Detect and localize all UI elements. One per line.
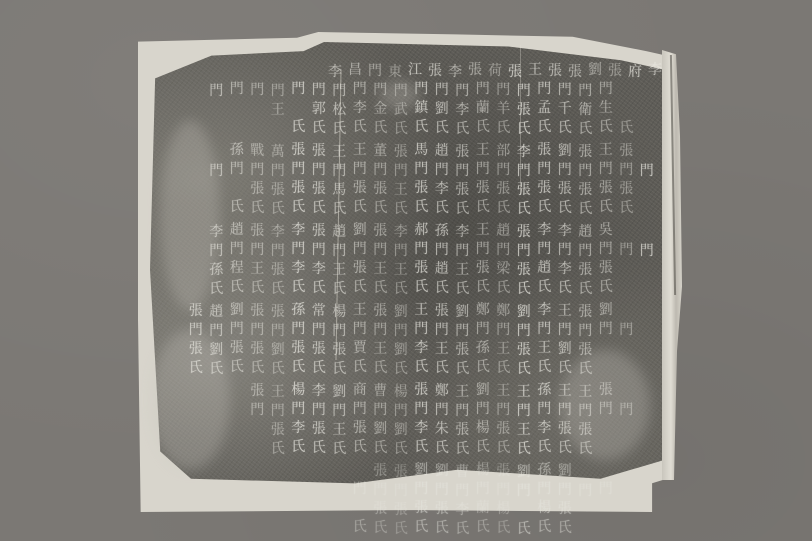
carved-character [227,419,248,438]
surname-row: 張王楊李劉商曹楊張鄭王劉王王孫王王張 [165,382,665,401]
carved-character: 張 [452,341,473,360]
carved-character: 氏 [555,279,576,298]
carved-character [165,221,186,240]
carved-character: 李 [309,382,330,401]
carved-character: 劉 [555,462,576,481]
carved-character: 董 [370,142,391,161]
carved-character: 氏 [432,519,453,538]
carved-character: 門 [288,240,309,259]
carved-character: 趙 [493,222,514,241]
carved-character [206,120,227,139]
carved-character: 門 [493,161,514,180]
carved-character: 門 [370,161,391,180]
inscription-block-5: 張王楊李劉商曹楊張鄭王劉王王孫王王張 門門門門門門門門門門門門門門門門門門門 張… [165,382,665,458]
carved-character: 鄭 [493,302,514,321]
carved-character: 門 [534,320,555,339]
carved-character: 氏 [555,119,576,138]
carved-character: 李 [645,61,665,80]
shi-row: 氏氏氏氏氏氏氏氏氏氏氏氏氏氏氏氏氏氏氏氏 [165,359,665,378]
carved-character: 孫 [534,381,555,400]
carved-character: 氏 [432,439,453,458]
carved-character: 王 [350,301,371,320]
carved-character: 門 [288,80,309,99]
given-name-row: 張劉張張劉張張張賈王劉李王張孫王張王劉張 [165,340,665,359]
carved-character: 劉 [329,383,350,402]
carved-character [186,382,207,401]
carved-character [165,259,186,278]
carved-character: 張 [247,382,268,401]
carved-character: 門 [432,321,453,340]
carved-character [165,400,186,419]
carved-character: 氏 [227,198,248,217]
carved-character: 孫 [288,301,309,320]
shi-row: 氏氏氏氏氏氏氏氏氏氏氏 [165,519,665,538]
carved-character: 氏 [186,359,207,378]
carved-character: 門 [206,82,227,101]
carved-character: 張 [350,259,371,278]
carved-character: 氏 [452,360,473,379]
carved-character: 氏 [616,119,637,138]
carved-character: 氏 [391,360,412,379]
given-name-row: 王郭松李金武鎮劉李蘭羊張孟千衛生 [165,100,665,119]
carved-character: 張 [534,179,555,198]
carved-character [329,520,350,539]
carved-character: 張 [605,62,625,81]
carved-character: 張 [411,179,432,198]
carved-character: 門 [370,481,391,500]
carved-character: 羊 [493,100,514,119]
carved-character: 劉 [391,341,412,360]
carved-character: 門 [411,480,432,499]
carved-character: 楊 [473,461,494,480]
carved-character: 劉 [206,341,227,360]
carved-character: 氏 [473,518,494,537]
carved-character: 王 [575,383,596,402]
carved-character: 門 [391,82,412,101]
carved-character: 張 [309,180,330,199]
carved-character: 劉 [452,303,473,322]
carved-character: 李 [432,180,453,199]
carved-character: 孫 [473,339,494,358]
carved-character [305,62,325,81]
carved-character: 氏 [514,520,535,539]
carved-character: 楊 [473,419,494,438]
carved-character: 門 [268,82,289,101]
carved-character: 張 [465,61,485,80]
carved-character: 王 [268,383,289,402]
carved-character: 楊 [493,500,514,519]
carved-character: 氏 [268,440,289,459]
carved-character [186,142,207,161]
carved-character [165,301,186,320]
carved-character: 氏 [370,199,391,218]
carved-character: 門 [452,82,473,101]
carved-character: 張 [452,181,473,200]
carved-character: 門 [329,162,350,181]
carved-character [350,499,371,518]
carved-character: 門 [514,402,535,421]
carved-character [247,420,268,439]
carved-character: 門 [596,160,617,179]
carved-character: 張 [329,341,350,360]
carved-character: 張 [411,381,432,400]
carved-character: 張 [391,501,412,520]
carved-character: 氏 [473,118,494,137]
carved-character: 門 [227,160,248,179]
carved-character: 門 [452,242,473,261]
inscription-block-1: 李昌門東江張李張荷張王張張劉張府李 門門門門門門門門門門門門門門門門門門門門 王… [165,62,665,138]
carved-character [186,100,207,119]
carved-character [309,462,330,481]
carved-character [247,100,268,119]
carved-character: 張 [493,420,514,439]
carved-character: 門 [555,401,576,420]
surname-row: 李趙張李李張趙劉張李郝孫李王趙張李李趙吳 [165,222,665,241]
carved-character [206,463,227,482]
carved-character: 氏 [534,198,555,217]
carved-character: 門 [288,320,309,339]
carved-character: 王 [391,261,412,280]
carved-character [268,520,289,539]
carved-character: 門 [329,242,350,261]
carved-character: 門 [555,81,576,100]
carved-character: 李 [452,223,473,242]
carved-character: 張 [288,141,309,160]
carved-character: 氏 [370,279,391,298]
men-row: 門門門門門門門門門門門門門門門門門門門門門門 [165,161,665,180]
carved-character: 門 [391,322,412,341]
carved-character: 張 [391,143,412,162]
carved-character: 氏 [288,358,309,377]
carved-character: 張 [268,181,289,200]
carved-character: 門 [575,322,596,341]
men-row: 門門門門門門門門門門門門門門門門門門門 [165,401,665,420]
carved-character: 張 [411,259,432,278]
carved-character: 朱 [432,420,453,439]
carved-character: 門 [227,320,248,339]
carved-character: 張 [575,143,596,162]
carved-character: 劉 [370,420,391,439]
carved-character: 郭 [309,100,330,119]
carved-character: 氏 [391,440,412,459]
carved-character: 張 [555,180,576,199]
carved-character: 門 [309,161,330,180]
carved-character: 門 [247,401,268,420]
carved-character: 李 [391,223,412,242]
carved-character: 張 [247,180,268,199]
carved-character: 劉 [391,303,412,322]
carved-character: 氏 [329,120,350,139]
carved-character: 張 [452,421,473,440]
carved-character: 張 [452,143,473,162]
carved-character: 王 [493,382,514,401]
carved-character: 劉 [268,341,289,360]
carved-character: 張 [575,181,596,200]
carved-character: 門 [452,402,473,421]
carved-character [165,160,186,179]
carved-character [268,120,289,139]
men-row: 門門門門門門門門門門門門門門門門門門門門門門 [165,241,665,260]
men-row: 門門門門門門門門門門門門門門門門門門門門門門 [165,321,665,340]
carved-character: 門 [329,82,350,101]
carved-character: 鄭 [473,301,494,320]
carved-character: 張 [555,420,576,439]
carved-character [186,180,207,199]
carved-character: 門 [616,321,637,340]
carved-character: 門 [206,242,227,261]
carved-character: 氏 [534,278,555,297]
carved-character: 氏 [370,119,391,138]
carved-character: 門 [411,240,432,259]
carved-character [186,260,207,279]
carved-character [186,81,207,100]
carved-character: 門 [575,482,596,501]
carved-character: 氏 [452,200,473,219]
inscription-block-4: 張趙劉張張孫常楊王張劉王張劉鄭鄭劉李王張劉 門門門門門門門門門門門門門門門門門門… [165,302,665,378]
carved-character [514,501,535,520]
carved-character: 門 [247,81,268,100]
carved-character: 孟 [534,99,555,118]
carved-character [309,500,330,519]
carved-character [165,198,186,217]
carved-character: 王 [555,302,576,321]
carved-character: 門 [186,321,207,340]
carved-character: 王 [493,340,514,359]
carved-character: 門 [473,400,494,419]
carved-character: 門 [247,321,268,340]
carved-character: 氏 [391,280,412,299]
carved-character: 李 [350,99,371,118]
carved-character [165,518,186,537]
carved-character [247,439,268,458]
carved-character [186,439,207,458]
carved-character: 門 [268,242,289,261]
carved-character: 張 [514,181,535,200]
carved-character: 張 [370,462,391,481]
carved-character [288,461,309,480]
carved-character: 氏 [473,358,494,377]
carved-character: 張 [350,179,371,198]
carved-character: 門 [493,321,514,340]
carved-character: 氏 [288,198,309,217]
carved-character: 氏 [514,440,535,459]
carved-character: 王 [411,301,432,320]
carved-character: 門 [350,240,371,259]
carved-character: 氏 [391,520,412,539]
carved-character: 張 [288,339,309,358]
carved-character: 張 [247,302,268,321]
carved-character: 氏 [268,360,289,379]
carved-character: 張 [575,421,596,440]
carved-character: 張 [493,462,514,481]
carved-character: 氏 [493,199,514,218]
carved-character: 門 [350,480,371,499]
carved-character: 門 [432,241,453,260]
inscription-text: 李昌門東江張李張荷張王張張劉張府李 門門門門門門門門門門門門門門門門門門門門 王… [165,62,665,541]
carved-character: 鄭 [432,382,453,401]
carved-character: 門 [350,160,371,179]
surname-row: 張張劉劉曹楊張劉孫劉 [165,462,665,481]
carved-character [245,62,265,81]
carved-character: 張 [186,340,207,359]
carved-character: 王 [514,383,535,402]
carved-character [206,520,227,539]
carved-character [165,141,186,160]
carved-character [186,119,207,138]
carved-character: 張 [596,259,617,278]
carved-character [288,499,309,518]
carved-character [227,438,248,457]
carved-character: 氏 [514,280,535,299]
carved-character: 氏 [473,198,494,217]
carved-character: 張 [493,180,514,199]
carved-character: 門 [288,400,309,419]
carved-character: 門 [391,402,412,421]
carved-character: 門 [227,240,248,259]
carved-character: 門 [473,480,494,499]
carved-character: 門 [391,242,412,261]
given-name-row: 張李張王張劉劉李朱張楊張王李張張 [165,420,665,439]
carved-character: 常 [309,302,330,321]
carved-character: 氏 [432,279,453,298]
carved-character: 氏 [534,518,555,537]
carved-character: 劉 [473,381,494,400]
carved-character: 門 [247,241,268,260]
carved-character [185,62,205,81]
carved-character: 李 [555,260,576,279]
carved-character: 張 [616,142,637,161]
carved-character [227,118,248,137]
carved-character [165,99,186,118]
shi-row: 氏氏氏氏氏氏氏氏氏氏氏氏氏氏氏氏氏 [165,119,665,138]
carved-character: 張 [575,261,596,280]
carved-character: 李 [555,222,576,241]
carved-character: 江 [405,61,425,80]
carved-character: 馬 [329,181,350,200]
carved-character: 張 [432,302,453,321]
carved-character: 程 [227,259,248,278]
carved-character: 門 [596,480,617,499]
carved-character: 李 [534,301,555,320]
carved-character: 門 [514,82,535,101]
carved-character: 氏 [596,278,617,297]
carved-character: 李 [514,143,535,162]
carved-character: 門 [370,81,391,100]
carved-character: 門 [329,322,350,341]
carved-character: 氏 [432,199,453,218]
carved-character: 王 [391,181,412,200]
carved-character: 張 [514,341,535,360]
carved-character: 門 [411,80,432,99]
carved-character: 氏 [309,359,330,378]
carved-character: 楊 [329,303,350,322]
carved-character: 張 [575,303,596,322]
carved-character: 衛 [575,101,596,120]
carved-character: 氏 [555,439,576,458]
carved-character: 劉 [555,142,576,161]
carved-character: 氏 [473,278,494,297]
carved-character: 氏 [411,438,432,457]
carved-character: 趙 [227,221,248,240]
carved-character: 張 [596,179,617,198]
carved-character: 氏 [391,120,412,139]
carved-character: 門 [452,482,473,501]
surname-row: 孫戰萬張張王王董張馬趙張王部李張劉張王張 [165,142,665,161]
carved-character: 門 [370,241,391,260]
carved-character: 門 [473,160,494,179]
carved-character [206,501,227,520]
carved-character: 門 [432,81,453,100]
carved-character: 氏 [432,119,453,138]
carved-character: 門 [596,400,617,419]
carved-character: 門 [452,162,473,181]
carved-character: 門 [473,320,494,339]
carved-character [186,420,207,439]
carved-character: 生 [596,99,617,118]
carved-character [329,482,350,501]
carved-character [329,463,350,482]
carved-character: 門 [555,161,576,180]
carved-character: 張 [473,179,494,198]
carved-character: 李 [452,101,473,120]
carved-character [205,63,225,82]
carved-character [165,381,186,400]
carved-character: 張 [186,302,207,321]
carved-character: 門 [350,400,371,419]
carved-character: 張 [370,302,391,321]
carved-character: 氏 [575,200,596,219]
carved-character [186,279,207,298]
carved-character: 門 [452,322,473,341]
carved-character [227,179,248,198]
carved-character: 梁 [493,260,514,279]
carved-character [206,421,227,440]
carved-character: 張 [555,500,576,519]
carved-character: 王 [432,340,453,359]
carved-character: 張 [596,381,617,400]
carved-character: 吳 [596,221,617,240]
carved-character: 張 [309,340,330,359]
carved-character: 氏 [227,278,248,297]
carved-character: 氏 [514,120,535,139]
carved-character: 部 [493,142,514,161]
carved-character: 鎮 [411,99,432,118]
inscription-block-6: 張張劉劉曹楊張劉孫劉 門門門門門門門門門門門門門 張張張張李蘭楊楊張 氏氏氏氏氏… [165,462,665,538]
carved-character [165,480,186,499]
carved-character: 氏 [350,438,371,457]
carved-character: 王 [525,61,545,80]
carved-character: 氏 [575,120,596,139]
carved-character [186,222,207,241]
carved-character: 氏 [288,438,309,457]
carved-character: 氏 [452,280,473,299]
carved-character: 商 [350,381,371,400]
carved-character: 趙 [432,142,453,161]
surname-row: 張趙劉張張孫常楊王張劉王張劉鄭鄭劉李王張劉 [165,302,665,321]
carved-character [247,462,268,481]
carved-character: 門 [616,241,637,260]
carved-character: 王 [452,261,473,280]
carved-character: 氏 [411,278,432,297]
carved-character: 王 [370,340,391,359]
carved-character: 門 [555,481,576,500]
carved-character [206,383,227,402]
carved-character [329,501,350,520]
carved-character: 郝 [411,221,432,240]
carved-character: 劉 [514,463,535,482]
carved-character: 劉 [350,221,371,240]
carved-character: 門 [365,62,385,81]
